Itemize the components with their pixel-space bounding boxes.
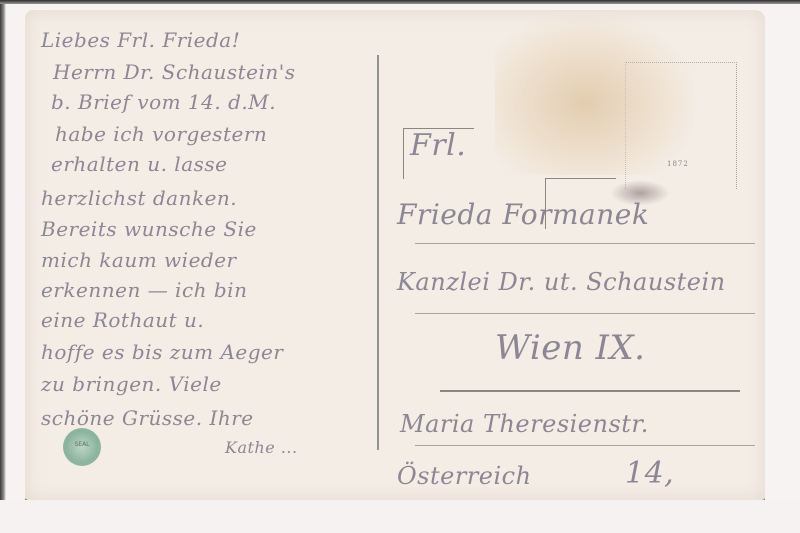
address-country: Österreich [397, 462, 532, 490]
message-line: mich kaum wieder [41, 248, 237, 272]
message-line: b. Brief vom 14. d.M. [51, 90, 276, 114]
address-office: Kanzlei Dr. ut. Schaustein [397, 268, 726, 296]
address-line-1 [415, 243, 755, 244]
address-street: Maria Theresienstr. [400, 410, 649, 438]
address-recipient: Frieda Formanek [397, 198, 649, 231]
message-line: Herrn Dr. Schaustein's [53, 60, 296, 84]
message-line: habe ich vorgestern [55, 122, 267, 146]
address-line-2 [415, 313, 755, 314]
stamp-area-text: 1872 [667, 160, 689, 168]
scan-edge-top [0, 0, 800, 4]
message-line: Liebes Frl. Frieda! [41, 28, 240, 52]
message-line: schöne Grüsse. Ihre [41, 406, 254, 430]
stamp-area [625, 62, 737, 189]
address-line-3 [440, 390, 740, 392]
message-line: Bereits wunsche Sie [41, 217, 257, 241]
seal-text: SEAL [63, 441, 101, 448]
message-address-divider [377, 55, 379, 450]
scan-background [0, 500, 800, 533]
address-salutation: Frl. [410, 128, 466, 163]
message-line: erkennen — ich bin [41, 278, 247, 302]
address-city: Wien IX. [495, 328, 646, 368]
seal-stamp: SEAL [63, 428, 101, 466]
message-line: hoffe es bis zum Aeger [41, 340, 283, 364]
message-line: herzlichst danken. [41, 186, 237, 210]
address-line-4 [415, 445, 755, 446]
message-line: eine Rothaut u. [41, 308, 204, 332]
message-line: erhalten u. lasse [51, 152, 228, 176]
scan-edge-left [0, 0, 6, 533]
message-line: zu bringen. Viele [41, 372, 222, 396]
address-number: 14, [625, 456, 674, 491]
postcard: 1872 Liebes Frl. Frieda! Herrn Dr. Schau… [25, 10, 765, 502]
message-signature: Kathe ... [225, 438, 298, 457]
